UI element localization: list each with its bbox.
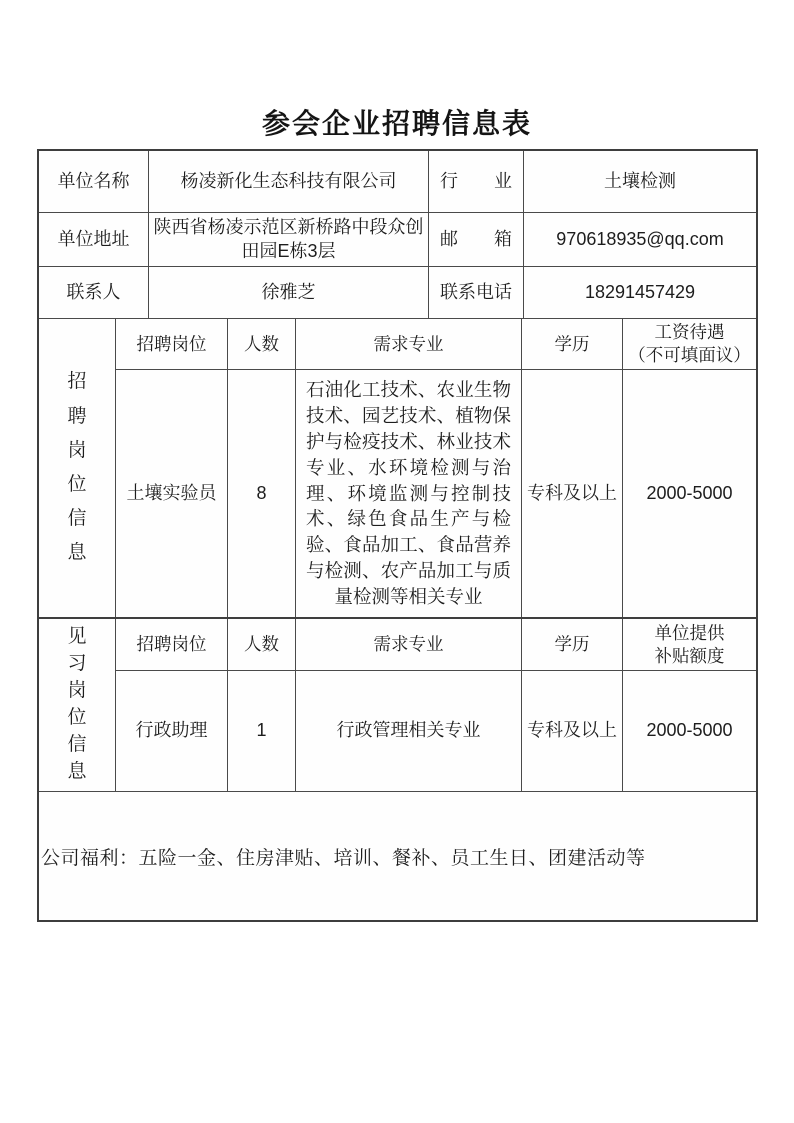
company-address-label: 单位地址 [39,213,149,266]
email-label: 邮 箱 [429,213,524,266]
contact-value: 徐雅芝 [149,267,429,318]
recruit-post-value: 土壤实验员 [116,370,228,617]
recruit-education-value: 专科及以上 [522,370,623,617]
company-name-value: 杨凌新化生态科技有限公司 [149,151,429,212]
recruit-major-cell: 石油化工技术、农业生物技术、园艺技术、植物保护与检疫技术、林业技术专业、水环境检… [296,370,522,617]
contact-label: 联系人 [39,267,149,318]
intern-count-value: 1 [228,671,296,791]
company-benefits-text: 公司福利：五险一金、住房津贴、培训、餐补、员工生日、团建活动等 [41,843,646,870]
recruit-data-row: 土壤实验员 8 石油化工技术、农业生物技术、园艺技术、植物保护与检疫技术、林业技… [116,370,756,617]
intern-header-salary: 单位提供 补贴额度 [623,619,756,670]
intern-header-count: 人数 [228,619,296,670]
document-page: 参会企业招聘信息表 单位名称 杨凌新化生态科技有限公司 行 业 土壤检测 单位地… [0,102,794,922]
intern-positions-section: 见习岗位信息 招聘岗位 人数 需求专业 学历 单位提供 补贴额度 行政助理 1 … [39,619,756,792]
recruit-header-education: 学历 [522,319,623,369]
intern-section-side-cell: 见习岗位信息 [39,619,116,791]
page-title: 参会企业招聘信息表 [0,102,794,142]
industry-value: 土壤检测 [524,151,756,212]
recruit-count-value: 8 [228,370,296,617]
recruit-header-count: 人数 [228,319,296,369]
recruit-section-side-label: 招聘岗位信息 [66,365,87,570]
intern-header-post: 招聘岗位 [116,619,228,670]
company-name-label: 单位名称 [39,151,149,212]
intern-header-major: 需求专业 [296,619,522,670]
company-benefits-row: 公司福利：五险一金、住房津贴、培训、餐补、员工生日、团建活动等 [39,792,756,920]
recruit-positions-section: 招聘岗位信息 招聘岗位 人数 需求专业 学历 工资待遇 （不可填面议） 土壤实验… [39,319,756,619]
intern-education-value: 专科及以上 [522,671,623,791]
company-address-row: 单位地址 陕西省杨凌示范区新桥路中段众创田园E栋3层 邮 箱 970618935… [39,213,756,267]
recruit-header-row: 招聘岗位 人数 需求专业 学历 工资待遇 （不可填面议） [116,319,756,370]
intern-header-row: 招聘岗位 人数 需求专业 学历 单位提供 补贴额度 [116,619,756,671]
intern-section-side-label: 见习岗位信息 [66,624,87,786]
contact-row: 联系人 徐雅芝 联系电话 18291457429 [39,267,756,319]
recruit-section-body: 招聘岗位 人数 需求专业 学历 工资待遇 （不可填面议） 土壤实验员 8 石油化… [116,319,756,617]
intern-header-education: 学历 [522,619,623,670]
phone-value: 18291457429 [524,267,756,318]
company-address-value: 陕西省杨凌示范区新桥路中段众创田园E栋3层 [149,213,429,266]
industry-label: 行 业 [429,151,524,212]
intern-post-value: 行政助理 [116,671,228,791]
recruit-header-major: 需求专业 [296,319,522,369]
company-name-row: 单位名称 杨凌新化生态科技有限公司 行 业 土壤检测 [39,151,756,213]
intern-section-body: 招聘岗位 人数 需求专业 学历 单位提供 补贴额度 行政助理 1 行政管理相关专… [116,619,756,791]
intern-major-value: 行政管理相关专业 [296,671,522,791]
intern-salary-value: 2000-5000 [623,671,756,791]
recruitment-info-table: 单位名称 杨凌新化生态科技有限公司 行 业 土壤检测 单位地址 陕西省杨凌示范区… [37,149,758,922]
intern-data-row: 行政助理 1 行政管理相关专业 专科及以上 2000-5000 [116,671,756,791]
recruit-major-value: 石油化工技术、农业生物技术、园艺技术、植物保护与检疫技术、林业技术专业、水环境检… [300,373,517,614]
recruit-section-side-cell: 招聘岗位信息 [39,319,116,617]
recruit-header-salary: 工资待遇 （不可填面议） [623,319,756,369]
email-value: 970618935@qq.com [524,213,756,266]
phone-label: 联系电话 [429,267,524,318]
recruit-header-post: 招聘岗位 [116,319,228,369]
recruit-salary-value: 2000-5000 [623,370,756,617]
